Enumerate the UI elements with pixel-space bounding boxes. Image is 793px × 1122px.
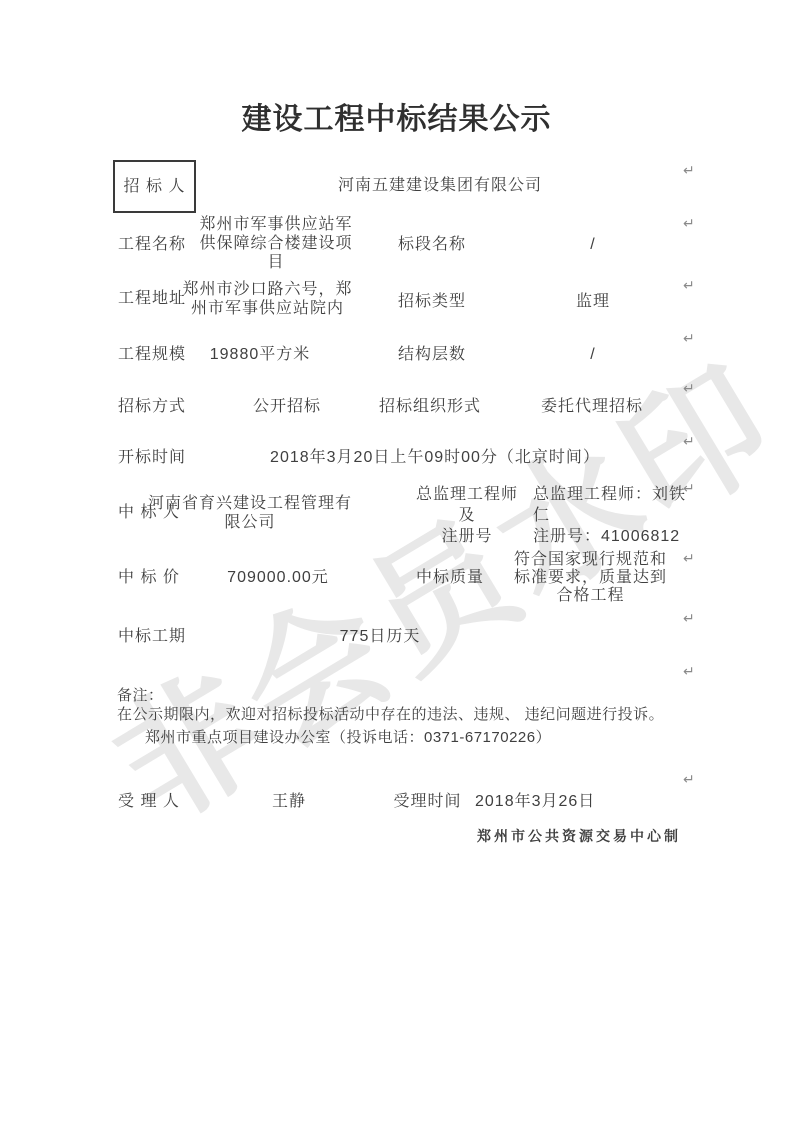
section-name-value: / — [523, 235, 663, 254]
accept-time-value: 2018年3月26日 — [475, 792, 595, 811]
tender-org-form-label: 招标组织形式 — [355, 397, 505, 416]
structure-floors-label: 结构层数 — [362, 345, 502, 364]
bid-quality-label: 中标质量 — [375, 568, 525, 587]
remarks-line1: 在公示期限内，欢迎对招标投标活动中存在的违法、违规、 违纪问题进行投诉。 — [117, 703, 664, 724]
pilcrow-mark: ↵ — [683, 277, 703, 294]
pilcrow-mark: ↵ — [683, 380, 703, 397]
project-address-value: 郑州市沙口路六号，郑 州市军事供应站院内 — [180, 280, 355, 318]
section-name-label: 标段名称 — [362, 235, 502, 254]
issuer-line: 郑州市公共资源交易中心制 — [381, 826, 681, 846]
bid-duration-label: 中标工期 — [118, 627, 186, 646]
remarks-line2: 郑州市重点项目建设办公室（投诉电话：0371-67170226） — [145, 726, 551, 747]
bid-duration-value: 775日历天 — [280, 627, 480, 646]
document-page: 非会员水印 建设工程中标结果公示 招 标 人 河南五建建设集团有限公司 工程名称… — [0, 0, 793, 1122]
tender-org-form-value: 委托代理招标 — [517, 397, 667, 416]
pilcrow-mark: ↵ — [683, 771, 703, 788]
chief-supervisor-label: 总监理工程师 及 注册号 — [392, 484, 542, 547]
pilcrow-mark: ↵ — [683, 610, 703, 627]
pilcrow-mark: ↵ — [683, 162, 703, 179]
pilcrow-mark: ↵ — [683, 550, 703, 567]
project-scale-value: 19880平方米 — [175, 345, 345, 364]
bid-price-label: 中 标 价 — [118, 568, 180, 587]
bid-opening-time-value: 2018年3月20日上午09时00分（北京时间） — [235, 448, 635, 467]
bid-quality-value: 符合国家现行规范和 标准要求，质量达到 合格工程 — [513, 551, 668, 605]
chief-supervisor-value: 总监理工程师：刘铁 仁 注册号：41006812 — [533, 484, 695, 547]
tender-method-label: 招标方式 — [118, 397, 186, 416]
project-name-label: 工程名称 — [118, 235, 186, 254]
tender-type-label: 招标类型 — [362, 292, 502, 311]
bid-opening-time-label: 开标时间 — [118, 448, 186, 467]
bid-inviter-label-box: 招 标 人 — [113, 160, 196, 213]
acceptor-value: 王静 — [204, 792, 374, 811]
pilcrow-mark: ↵ — [683, 433, 703, 450]
bid-inviter-value: 河南五建建设集团有限公司 — [240, 176, 640, 195]
project-name-value: 郑州市军事供应站军 供保障综合楼建设项 目 — [191, 215, 361, 272]
tender-method-value: 公开招标 — [202, 397, 372, 416]
structure-floors-value: / — [523, 345, 663, 364]
bid-price-value: 709000.00元 — [193, 568, 363, 587]
pilcrow-mark: ↵ — [683, 480, 703, 497]
pilcrow-mark: ↵ — [683, 330, 703, 347]
project-address-label: 工程地址 — [118, 289, 186, 308]
acceptor-label: 受 理 人 — [118, 792, 180, 811]
bid-inviter-label: 招 标 人 — [124, 177, 186, 196]
tender-type-value: 监理 — [523, 292, 663, 311]
page-title: 建设工程中标结果公示 — [0, 94, 793, 138]
bid-winner-value: 河南省育兴建设工程管理有 限公司 — [148, 494, 352, 532]
pilcrow-mark: ↵ — [683, 215, 703, 232]
pilcrow-mark: ↵ — [683, 663, 703, 680]
remarks-label: 备注： — [117, 684, 164, 705]
